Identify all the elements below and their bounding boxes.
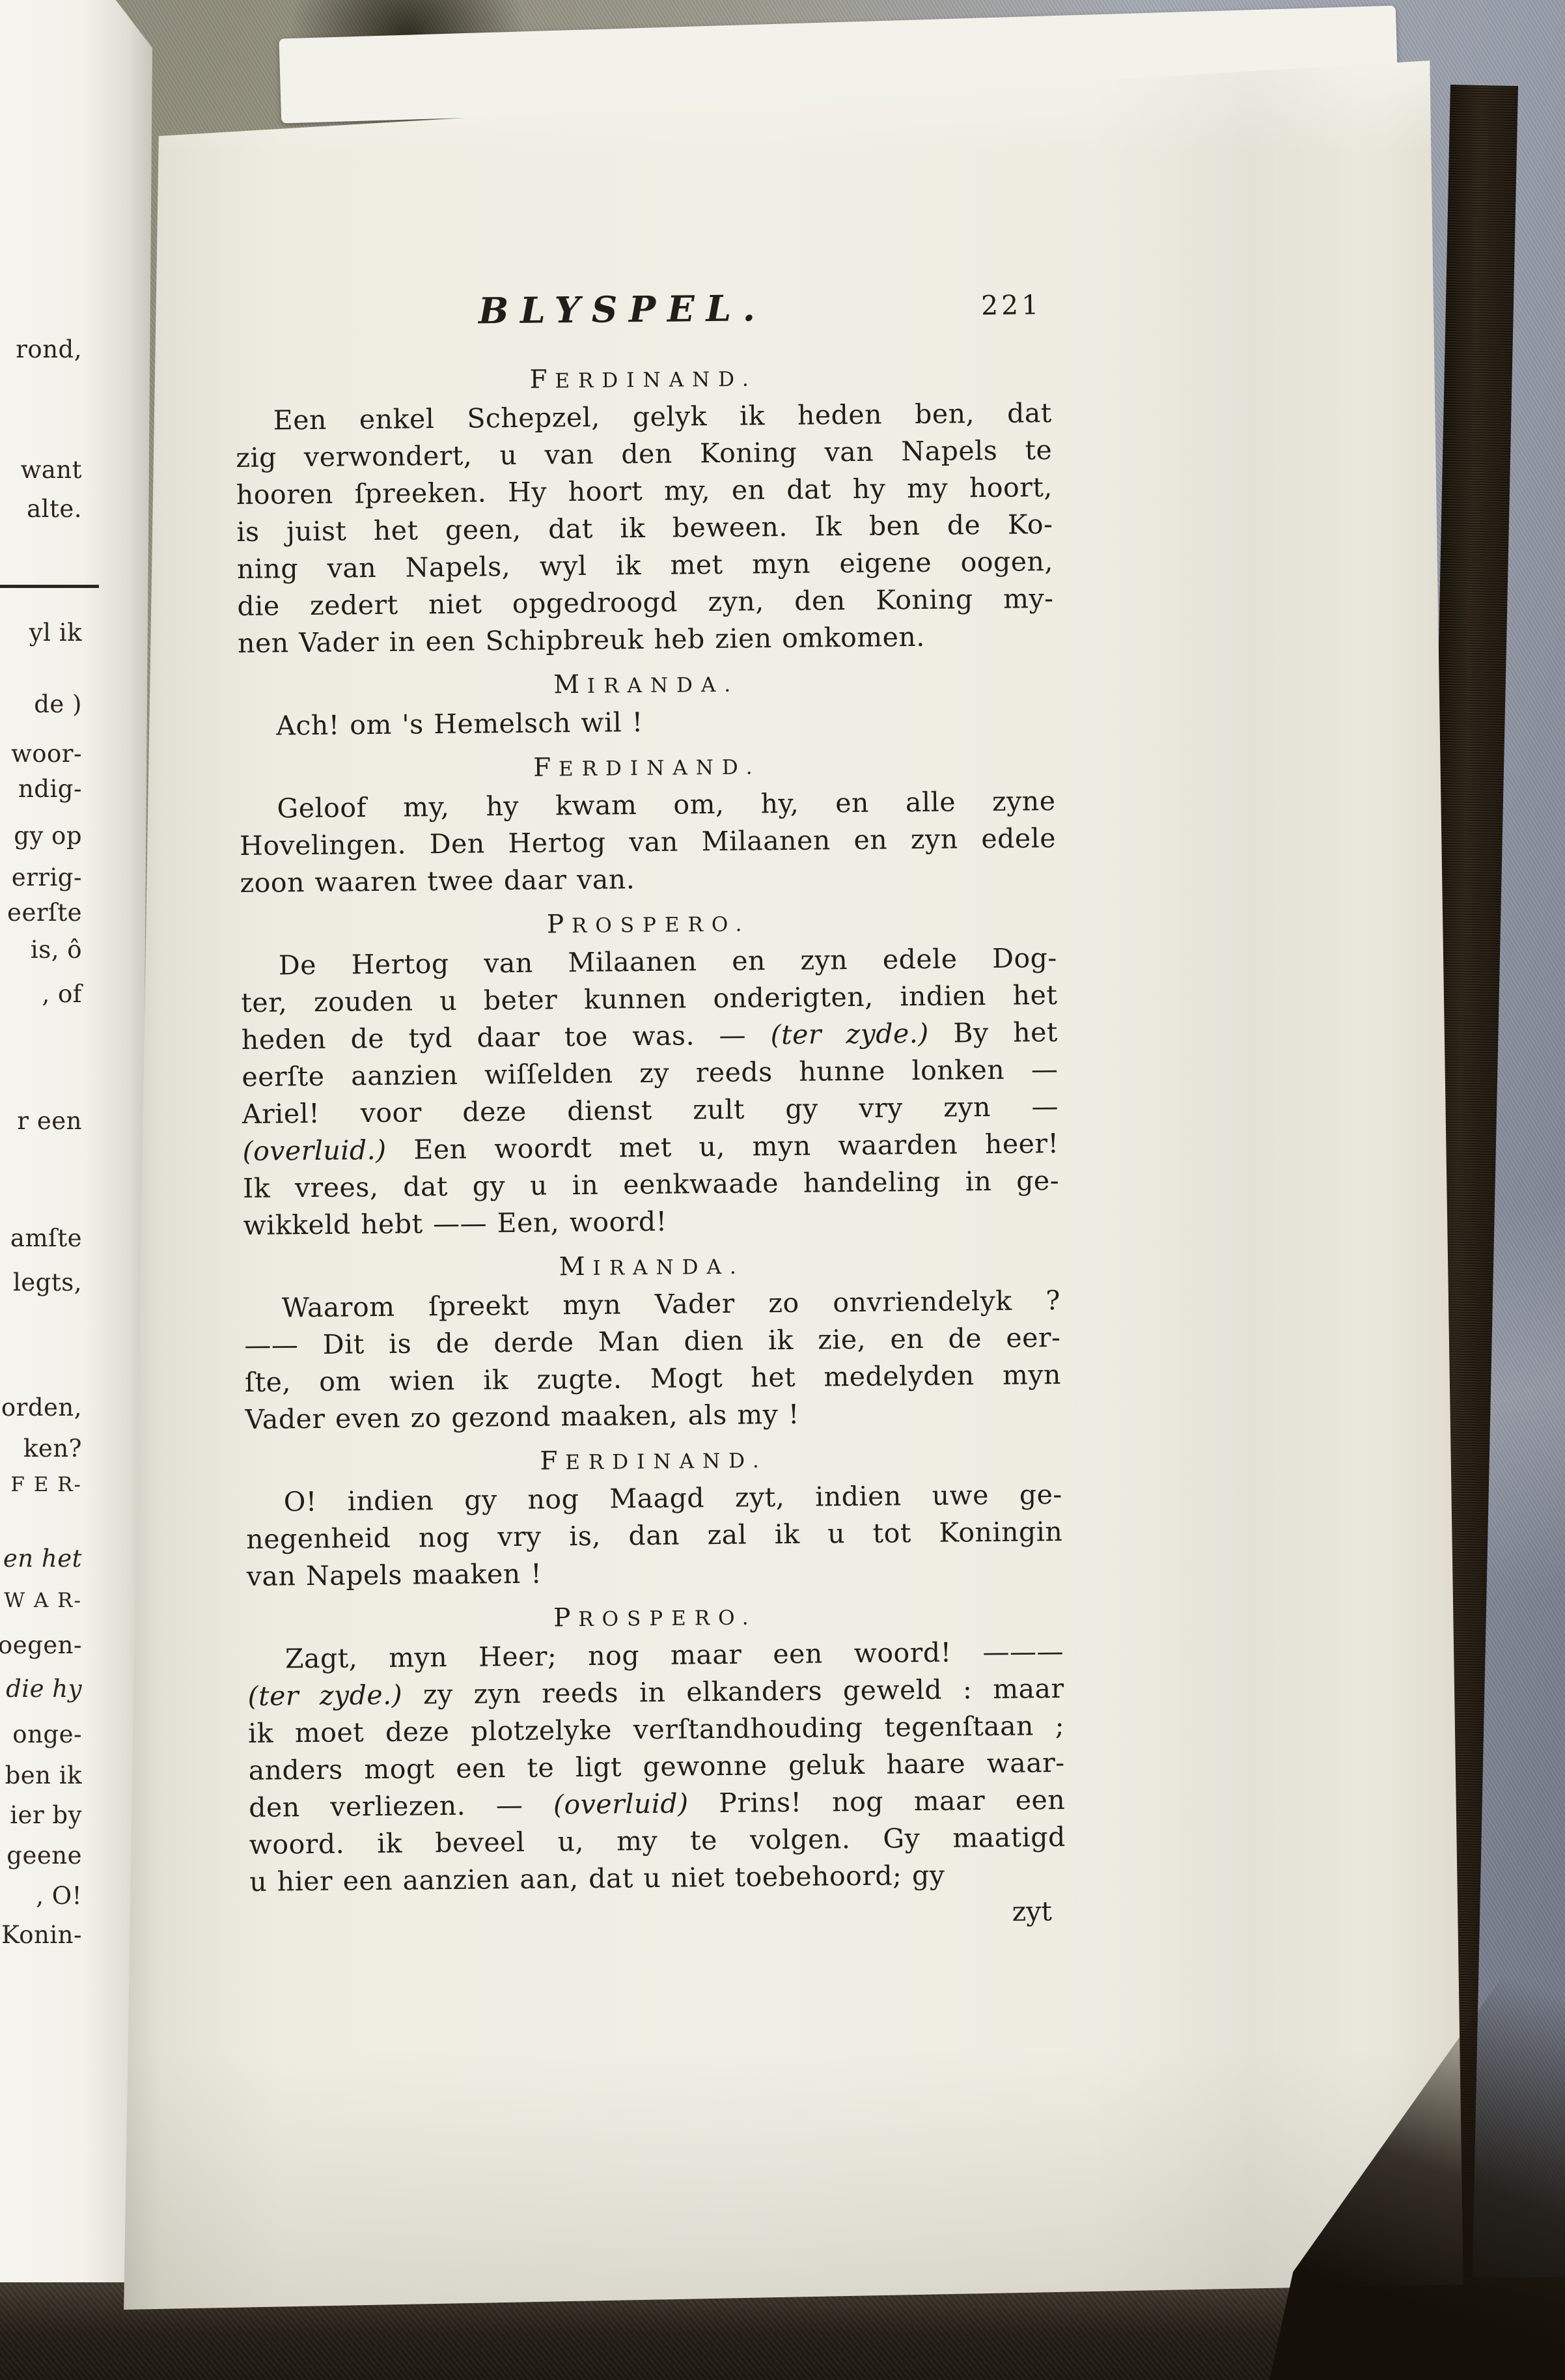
- body-line: Ach! om 's Hemelsch wil !: [238, 700, 1055, 745]
- body-line: ſte, om wien ik zugte. Mogt het medelyde…: [245, 1356, 1061, 1401]
- left-page-fragment: geene: [7, 1841, 82, 1869]
- left-page-fragment: , of: [42, 980, 83, 1008]
- left-page-fragment: Konin-: [1, 1921, 82, 1949]
- speaker-heading: PROSPERO.: [247, 1599, 1063, 1637]
- left-page-fragment: is, ô: [31, 936, 82, 964]
- body-line: wikkeld hebt —— Een, woord!: [243, 1199, 1059, 1244]
- body-line: nen Vader in een Schipbreuk heb zien omk…: [238, 617, 1054, 662]
- speaker-heading: FERDINAND.: [245, 1442, 1062, 1480]
- body-line: die zedert niet opgedroogd zyn, den Koni…: [237, 580, 1053, 625]
- left-page-fragment: W A R-: [4, 1589, 82, 1612]
- left-page-fragment: F E R-: [10, 1473, 82, 1496]
- left-page-fragment: orden,: [1, 1393, 82, 1421]
- left-page-fragment: ken?: [23, 1435, 82, 1463]
- left-page-fragment: ben ik: [5, 1761, 82, 1789]
- left-page-fragment: eerſte: [7, 899, 82, 927]
- left-page-rule: [0, 585, 99, 588]
- page-header: BLYSPEL. 221: [234, 284, 1051, 335]
- left-page-fragment: legts,: [13, 1268, 82, 1296]
- speaker-heading: FERDINAND.: [239, 749, 1055, 787]
- left-page-fragment: , O!: [36, 1882, 82, 1910]
- left-page-fragment: en het: [3, 1545, 82, 1573]
- speech-paragraph: Zagt, myn Heer; nog maar een woord! ———(…: [247, 1633, 1066, 1901]
- left-page-fragment: want: [21, 456, 82, 484]
- left-page-fragment: de ): [34, 690, 82, 718]
- left-page-fragment: amſte: [10, 1224, 82, 1252]
- left-page-fragment: alte.: [27, 495, 82, 523]
- left-page-fragment: onge-: [12, 1720, 82, 1748]
- left-page-fragment: errig-: [12, 863, 82, 891]
- left-page-fragment: ndig-: [18, 775, 82, 803]
- speech-paragraph: Geloof my, hy kwam om, hy, en alle zyneH…: [239, 783, 1057, 902]
- body-line: zoon waaren twee daar van.: [240, 857, 1056, 902]
- left-page-fragment: rond,: [16, 335, 82, 363]
- left-page-fragment: ier by: [10, 1801, 82, 1829]
- body-line: u hier een aanzien aan, dat u niet toebe…: [249, 1856, 1066, 1901]
- speech-paragraph: De Hertog van Milaanen en zyn edele Dog-…: [241, 940, 1060, 1244]
- speech-paragraph: O! indien gy nog Maagd zyt, indien uwe g…: [245, 1476, 1063, 1595]
- book-photo: rond,wantalte.yl ikde )woor-ndig-gy oper…: [0, 0, 1565, 2380]
- speaker-heading: FERDINAND.: [235, 361, 1051, 399]
- speaker-heading: MIRANDA.: [238, 666, 1055, 704]
- page-content: BLYSPEL. 221 FERDINAND.Een enkel Schepze…: [234, 284, 1066, 1938]
- speech-paragraph: Een enkel Schepzel, gelyk ik heden ben, …: [236, 395, 1055, 662]
- left-page-fragment: gy op: [14, 822, 82, 850]
- facing-page: rond,wantalte.yl ikde )woor-ndig-gy oper…: [0, 0, 152, 2282]
- left-page-fragment: yl ik: [29, 619, 82, 647]
- left-page-fragment: r een: [17, 1107, 82, 1135]
- catchword: zyt: [250, 1893, 1066, 1938]
- left-page-fragment: voegen-: [0, 1631, 82, 1659]
- page-number: 221: [981, 289, 1042, 321]
- speeches: FERDINAND.Een enkel Schepzel, gelyk ik h…: [235, 361, 1066, 1901]
- speaker-heading: PROSPERO.: [240, 906, 1057, 944]
- speaker-heading: MIRANDA.: [243, 1248, 1060, 1286]
- speech-paragraph: Ach! om 's Hemelsch wil !: [238, 700, 1055, 745]
- body-line: Ik vrees, dat gy u in eenkwaade handelin…: [243, 1162, 1059, 1207]
- speech-paragraph: Waarom ſpreekt myn Vader zo onvriendelyk…: [244, 1282, 1062, 1438]
- body-line: van Napels maaken !: [247, 1550, 1063, 1595]
- body-line: Vader even zo gezond maaken, als my !: [245, 1393, 1061, 1438]
- body-line: Hovelingen. Den Hertog van Milaanen en z…: [240, 820, 1056, 865]
- running-title: BLYSPEL.: [478, 287, 767, 331]
- body-line: negenheid nog vry is, dan zal ik u tot K…: [246, 1513, 1062, 1558]
- left-page-fragment: woor-: [11, 740, 82, 768]
- left-page-fragment: die hy: [6, 1675, 82, 1703]
